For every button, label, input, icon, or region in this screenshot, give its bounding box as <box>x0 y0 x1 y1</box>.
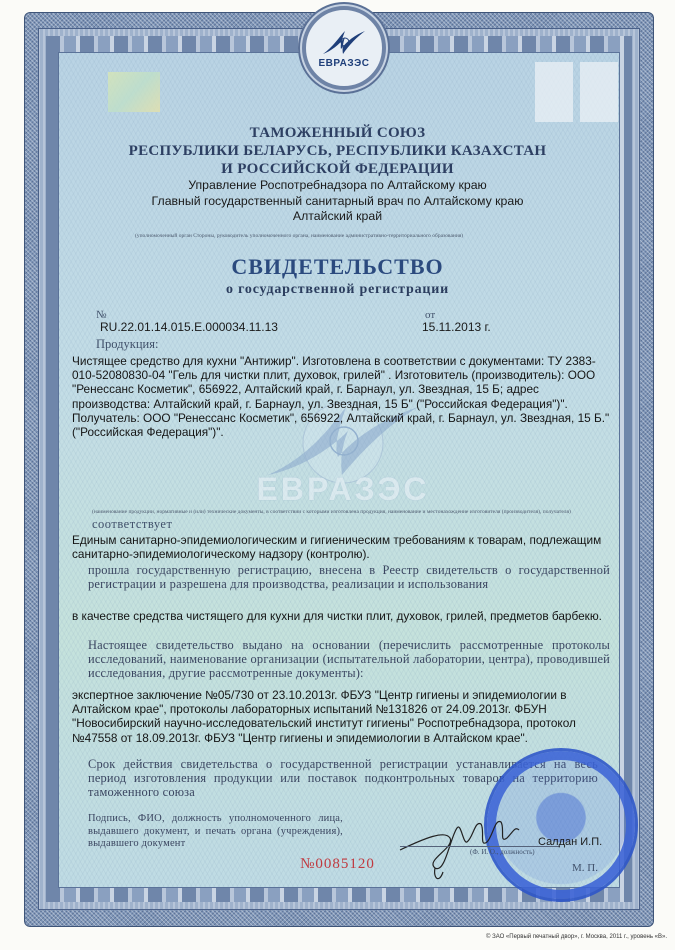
signatory-hint: (Ф. И. О., должность) <box>470 848 535 856</box>
product-description: Чистящее средство для кухни "Антижир". И… <box>72 354 612 439</box>
printer-imprint: © ЗАО «Первый печатный двор», г. Москва,… <box>486 934 667 940</box>
customs-union-title: ТАМОЖЕННЫЙ СОЮЗ РЕСПУБЛИКИ БЕЛАРУСЬ, РЕС… <box>0 124 675 178</box>
basis-label: Настоящее свидетельство выдано на основа… <box>88 638 610 680</box>
authority-line-3: Алтайский край <box>0 209 675 225</box>
watermark-label: ЕВРАЗЭС <box>256 471 429 508</box>
product-hint: (наименование продукции, нормативные и (… <box>92 509 612 515</box>
product-label: Продукция: <box>96 337 158 352</box>
hologram-sticker <box>108 72 160 112</box>
authority-hint: (уполномоченный орган Стороны, руководит… <box>135 233 555 239</box>
blank-serial-number: №0085120 <box>0 856 675 873</box>
evrazes-emblem: ЕВРАЗЭС <box>302 6 386 90</box>
emblem-label: ЕВРАЗЭС <box>318 58 369 69</box>
security-panel-2 <box>580 62 618 122</box>
registration-date: 15.11.2013 г. <box>422 320 491 334</box>
issuing-authority: Управление Роспотребнадзора по Алтайском… <box>0 178 675 225</box>
document-subtitle: о государственной регистрации <box>0 282 675 298</box>
union-line-3: И РОССИЙСКОЙ ФЕДЕРАЦИИ <box>0 160 675 178</box>
basis-text: экспертное заключение №05/730 от 23.10.2… <box>72 688 612 745</box>
compliance-label: соответствует <box>92 517 172 532</box>
evrazes-emblem-icon <box>321 27 367 57</box>
signature-line <box>400 846 560 847</box>
union-line-2: РЕСПУБЛИКИ БЕЛАРУСЬ, РЕСПУБЛИКИ КАЗАХСТА… <box>0 142 675 160</box>
compliance-text: Единым санитарно-эпидемиологическим и ги… <box>72 533 612 561</box>
union-line-1: ТАМОЖЕННЫЙ СОЮЗ <box>0 124 675 142</box>
usage-text: в качестве средства чистящего для кухни … <box>72 609 612 623</box>
registration-number: RU.22.01.14.015.Е.000034.11.13 <box>100 320 278 334</box>
signature-label: Подпись, ФИО, должность уполномоченного … <box>88 813 343 851</box>
signatory-name: Салдан И.П. <box>538 836 602 848</box>
security-panel-1 <box>535 62 573 122</box>
authority-line-2: Главный государственный санитарный врач … <box>0 194 675 210</box>
authority-line-1: Управление Роспотребнадзора по Алтайском… <box>0 178 675 194</box>
document-title: СВИДЕТЕЛЬСТВО <box>0 254 675 280</box>
registration-text: прошла государственную регистрацию, внес… <box>88 563 610 591</box>
